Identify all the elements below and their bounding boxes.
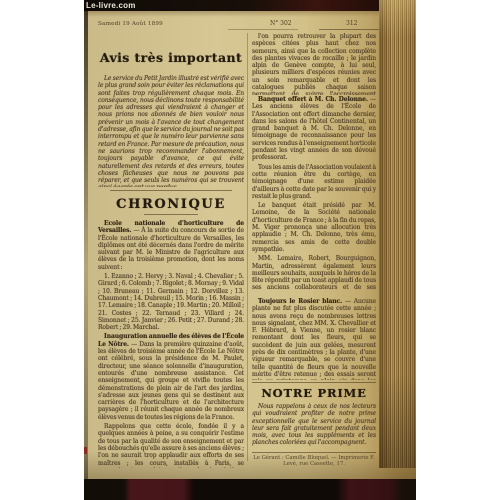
chronique-articles: École nationale d'horticulture de Versai…	[98, 220, 244, 468]
watermark-text: Le-livre.com	[86, 1, 136, 11]
avis-body: Le service du Petit Jardin illustré est …	[98, 75, 244, 187]
article-ecole-le-notre: Inauguration annuelle des élèves de l'Éc…	[98, 333, 244, 421]
chronique-underline-rule	[144, 214, 198, 215]
rosier-blanc-section: Toujours le Rosier blanc. — Aucune plant…	[252, 298, 376, 380]
article-ecole-versailles: École nationale d'horticulture de Versai…	[98, 220, 244, 271]
notre-prime-heading: NOTRE PRIME	[252, 387, 376, 400]
footer-rule	[252, 452, 376, 453]
column-divider-rule	[247, 33, 248, 461]
book-cover-top-band: Le-livre.com	[84, 0, 416, 11]
prime-top-rule	[252, 382, 376, 383]
avis-paragraph: Le service du Petit Jardin illustré est …	[98, 75, 244, 187]
masthead: Samedi 19 Août 1899 N° 302 312	[98, 19, 378, 31]
banquet-section: Banquet offert à M. Ch. Delonne. — Les a…	[252, 96, 376, 290]
article-lead: Toujours le Rosier blanc.	[258, 298, 345, 305]
masthead-date: Samedi 19 Août 1899	[98, 21, 163, 27]
avis-heading: Avis très important	[98, 51, 244, 65]
page-left-shadow	[84, 11, 88, 479]
right-top-paragraph: l'on pourra retrouver la plupart des esp…	[252, 33, 376, 95]
laureates-list: 1. Ezanno ; 2. Hervy ; 3. Naval ; 4. Che…	[98, 273, 244, 331]
masthead-issue-number: N° 302	[270, 20, 292, 27]
masthead-page-number: 312	[346, 20, 357, 27]
journal-page: Samedi 19 Août 1899 N° 302 312 Avis très…	[84, 11, 416, 479]
article-paragraph: Le banquet était présidé par M. Lemoine,…	[252, 202, 376, 253]
article-paragraph: Rappelons que cette école, fondée il y a…	[98, 423, 244, 468]
red-edge-mark	[84, 447, 87, 454]
prime-body: Nous rappelons à ceux de nos lecteurs qu…	[252, 403, 376, 449]
article-paragraph: Tous les amis de l'Association voulaient…	[252, 164, 376, 200]
scanned-book-photo: Le-livre.com Samedi 19 Août 1899 N° 302 …	[84, 0, 416, 500]
imprint-line: Le Gérant : Camille Bloquel. — Imprimeri…	[252, 455, 376, 467]
section-rule	[110, 190, 232, 191]
masthead-rule-2	[228, 29, 298, 30]
article-banquet: Banquet offert à M. Ch. Delonne. — Les a…	[252, 96, 376, 162]
article-lead: Banquet offert à M. Ch. Delonne.	[258, 96, 370, 103]
chronique-heading: CHRONIQUE	[98, 197, 244, 212]
book-fore-edge	[379, 0, 416, 468]
article-paragraph: MM. Lemaire, Robert, Bourguignon, Martin…	[252, 255, 376, 290]
book-cover-bottom-band	[84, 479, 416, 500]
article-rosier-blanc: Toujours le Rosier blanc. — Aucune plant…	[252, 298, 376, 380]
